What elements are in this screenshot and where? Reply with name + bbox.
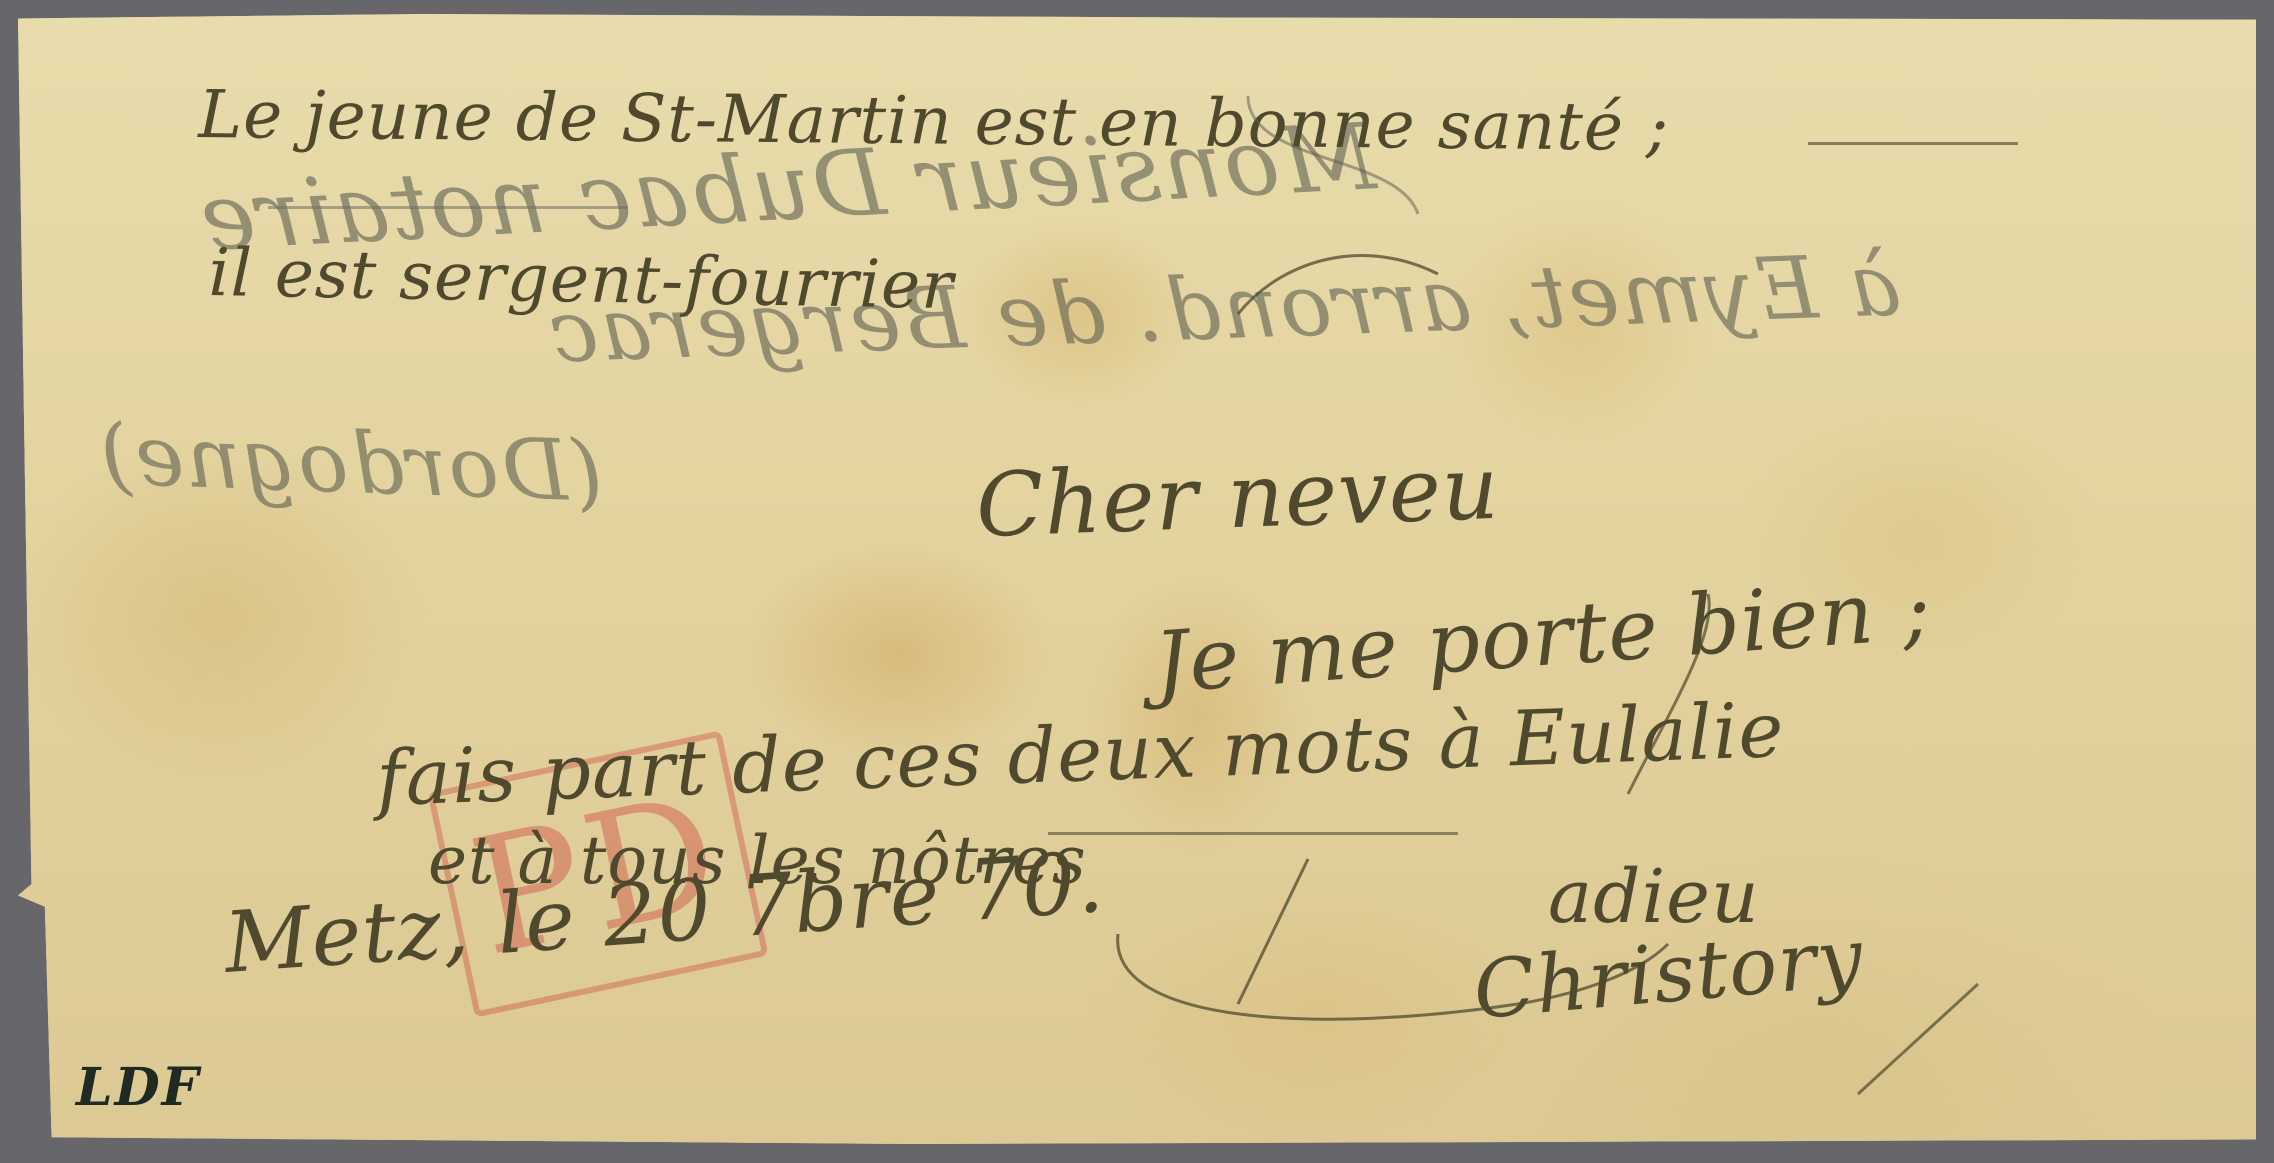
pen-flourishes (18, 14, 2256, 1144)
letter-paper: Monsieur Dubac notaire à Eymet, arrond. … (18, 14, 2256, 1144)
collector-mark-ldf: LDF (76, 1057, 201, 1118)
